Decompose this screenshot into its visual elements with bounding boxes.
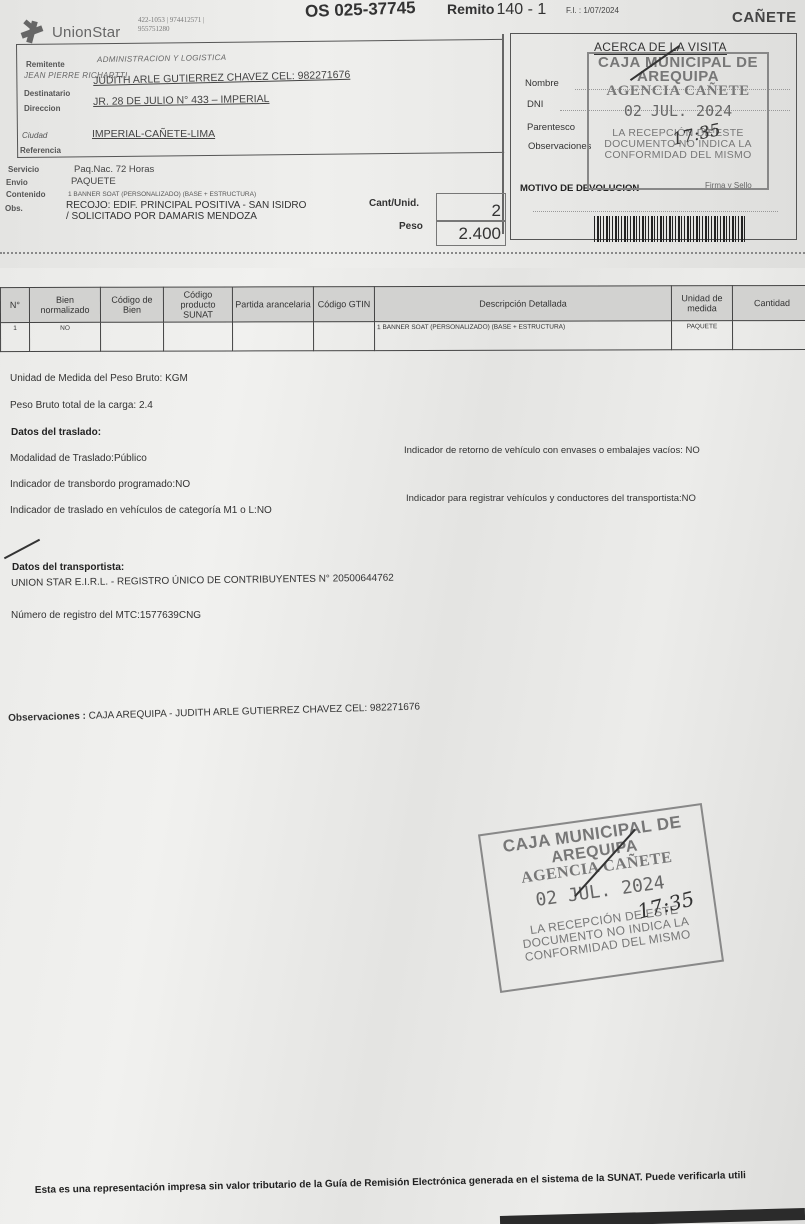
ciudad-label: Ciudad [22,131,47,140]
servicio-value: Paq.Nac. 72 Horas [74,164,154,175]
retorno: Indicador de retorno de vehículo con env… [404,445,700,456]
referencia-label: Referencia [20,146,61,155]
traslado-title: Datos del traslado: [11,427,101,438]
barcode [594,216,746,242]
modalidad: Modalidad de Traslado:Público [10,453,147,464]
col-cantidad: Cantidad [732,285,805,320]
cant-value: 2 [436,193,506,222]
obs-label: Obs. [5,204,23,213]
envio-value: PAQUETE [71,176,116,187]
transportista-title: Datos del transportista: [12,562,124,573]
col-bien-normalizado: Bien normalizado [29,287,100,322]
direccion-label: Direccion [24,104,60,113]
col-unidad: Unidad de medida [671,286,732,321]
pen-mark [4,539,40,560]
envio-label: Envio [6,178,28,187]
col-descripcion: Descripción Detallada [374,286,671,322]
star-logo-icon [18,18,46,46]
col-codigo-bien: Código de Bien [100,287,163,322]
contenido-value: 1 BANNER SOAT (PERSONALIZADO) (BASE + ES… [68,191,256,198]
logo-text: UnionStar [52,24,121,41]
transbordo: Indicador de transbordo programado:NO [10,479,190,490]
nombre-label: Nombre [525,78,559,89]
servicio-label: Servicio [8,165,39,174]
peso-bruto: Peso Bruto total de la carga: 2.4 [10,400,153,411]
tear-line [0,252,805,254]
ciudad-value: IMPERIAL-CAÑETE-LIMA [92,128,215,140]
remito: Remito140 - 1 [447,1,546,19]
background-edge [500,1208,805,1224]
observaciones: Observaciones : CAJA AREQUIPA - JUDITH A… [8,701,420,723]
unidad-medida: Unidad de Medida del Peso Bruto: KGM [10,373,188,384]
table-row: 1 NO 1 BANNER SOAT (PERSONALIZADO) (BASE… [1,320,805,351]
remitente-label: Remitente [26,60,65,69]
goods-table: N° Bien normalizado Código de Bien Códig… [0,285,805,352]
observaciones-label: Observaciones [528,141,591,152]
os-number: OS 025-37745 [305,0,416,22]
obs-value: RECOJO: EDIF. PRINCIPAL POSITIVA - SAN I… [66,200,306,222]
col-codigo-sunat: Código producto SUNAT [163,287,232,322]
registrar: Indicador para registrar vehículos y con… [406,493,696,504]
phone-numbers: 422-1053 | 974412571 | 955751280 [138,16,204,34]
fi-date: F.I. : 1/07/2024 [566,6,619,15]
mtc-registro: Número de registro del MTC:1577639CNG [11,610,201,621]
cant-label: Cant/Unid. [369,198,419,209]
col-gtin: Código GTIN [313,287,374,322]
col-n: N° [0,287,29,322]
peso-label: Peso [399,221,423,232]
peso-value: 2.400 [436,220,506,246]
agency-name: CAÑETE [732,9,797,26]
contenido-label: Contenido [6,190,46,199]
reception-stamp-top: CAJA MUNICIPAL DE AREQUIPA AGENCIA CAÑET… [587,52,769,190]
transportista: UNION STAR E.I.R.L. - REGISTRO ÚNICO DE … [11,573,394,589]
dni-label: DNI [527,99,543,110]
col-partida: Partida arancelaria [232,287,313,322]
parentesco-label: Parentesco [527,122,575,133]
motivo-field [533,211,778,212]
unionstar-logo: UnionStar [18,18,121,46]
footer-disclaimer: Esta es una representación impresa sin v… [35,1170,746,1196]
destinatario-label: Destinatario [24,89,70,98]
categoria: Indicador de traslado en vehículos de ca… [10,505,272,516]
